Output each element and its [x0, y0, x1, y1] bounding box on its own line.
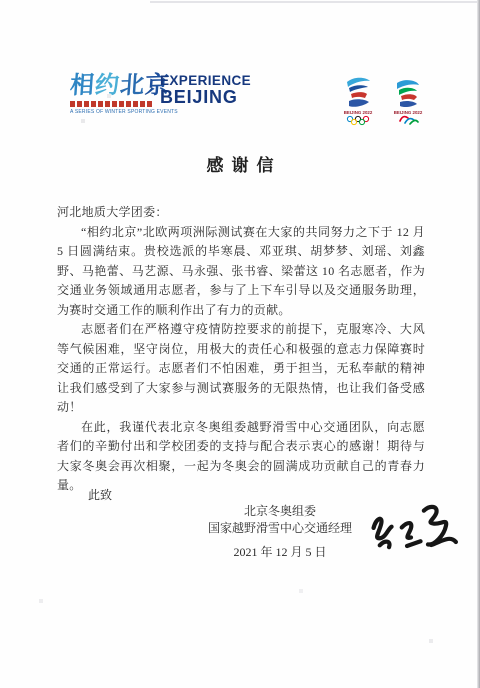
signer-org: 北京冬奥组委	[165, 503, 395, 520]
olympic-emblem-label: BEIJING 2022	[344, 110, 373, 115]
letter-date: 2021 年 12 月 5 日	[165, 544, 395, 561]
paragraph: “相约北京”北欧两项洲际测试赛在大家的共同努力之下于 12 月 5 日圆满结束。…	[57, 223, 425, 321]
signer-title: 国家越野滑雪中心交通经理	[165, 520, 395, 537]
logo-cn-char: 约	[94, 73, 120, 100]
paragraph: 志愿者们在严格遵守疫情防控要求的前提下，克服寒冷、大风等气候困难，坚守岗位，用极…	[57, 320, 425, 418]
handwritten-signature	[366, 503, 462, 555]
logo-caption: A SERIES OF WINTER SPORTING EVENTS	[70, 109, 162, 115]
logo-red-subtitle-band	[70, 101, 154, 107]
paragraph: 在此，我谨代表北京冬奥组委越野滑雪中心交通团队，向志愿者们的辛勤付出和学校团委的…	[57, 418, 425, 496]
scan-edge-top	[150, 1, 477, 3]
salutation: 河北地质大学团委：	[57, 203, 425, 223]
logo-wordmark-line1: EXPERIENCE	[160, 74, 251, 88]
beijing-2022-olympic-emblem-icon: BEIJING 2022	[340, 74, 376, 126]
letter-body: 河北地质大学团委： “相约北京”北欧两项洲际测试赛在大家的共同努力之下于 12 …	[57, 203, 425, 496]
scanned-letter-page: 相 约 北 京 A SERIES OF WINTER SPORTING EVEN…	[0, 0, 480, 688]
logo-cn-char: 相	[69, 73, 95, 100]
logo-wordmark: EXPERIENCE BEIJING	[160, 74, 251, 107]
valediction: 此致	[88, 486, 112, 503]
signature-block: 北京冬奥组委 国家越野滑雪中心交通经理 2021 年 12 月 5 日	[165, 503, 395, 561]
beijing-2022-paralympic-emblem-icon: BEIJING 2022	[390, 77, 426, 125]
logo-wordmark-line2: BEIJING	[160, 88, 251, 107]
scan-specks	[0, 0, 2, 2]
letter-title: 感谢信	[0, 151, 480, 176]
logo-cn-char: 北	[119, 73, 145, 100]
olympic-rings-icon	[347, 116, 368, 124]
letterhead: 相 约 北 京 A SERIES OF WINTER SPORTING EVEN…	[0, 70, 480, 132]
experience-beijing-logo: 相 约 北 京 A SERIES OF WINTER SPORTING EVEN…	[70, 73, 162, 115]
logo-cn-brush-text: 相 约 北 京	[70, 73, 162, 99]
paralympic-agitos-icon	[400, 117, 418, 124]
paralympic-emblem-label: BEIJING 2022	[394, 110, 423, 115]
